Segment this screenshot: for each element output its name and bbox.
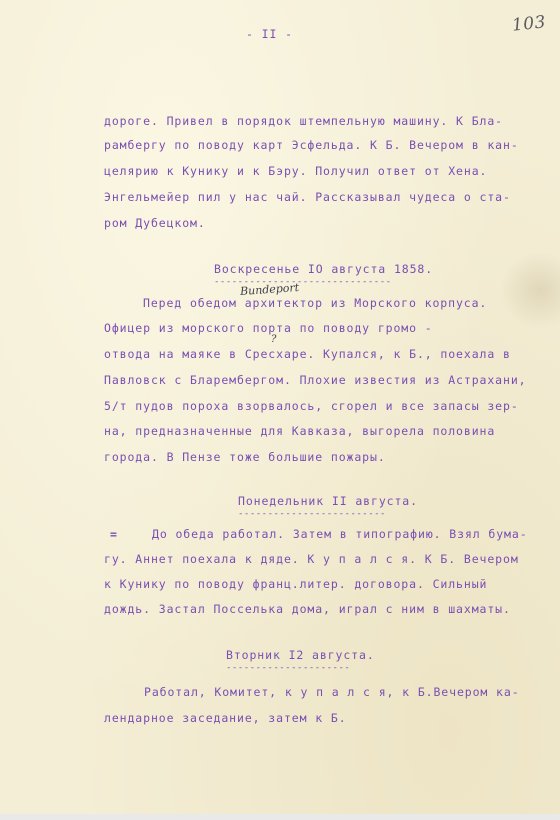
text-line: ром Дубецком. [104, 216, 206, 230]
heading-underline: ------------------------- [238, 510, 386, 518]
text-line: целярию к Кунику и к Бэру. Получил ответ… [104, 164, 487, 178]
heading-text: Понедельник II августа. [238, 494, 418, 508]
text-line: До обеда работал. Затем в типографию. Вз… [152, 527, 528, 541]
page-number: - II - [246, 27, 293, 41]
text-line: дождь. Застал Посселька дома, играл с ни… [104, 602, 511, 616]
text-line: на, предназначенные для Кавказа, выгорел… [104, 424, 495, 438]
folio-number: 103 [511, 12, 547, 35]
text-line: Энгельмейер пил у нас чай. Рассказывал ч… [104, 190, 511, 204]
text-line: гу. Аннет поехала к дяде. К у п а л с я.… [104, 552, 519, 566]
text-line: рамбергу по поводу карт Эсфельда. К Б. В… [104, 138, 519, 152]
text-line: города. В Пензе тоже большие пожары. [104, 450, 386, 464]
heading-underline: --------------------- [226, 664, 350, 672]
text-line: к Кунику по поводу франц.литер. договора… [104, 577, 487, 591]
text-line: отвода на маяке в Сресхаре. Купался, к Б… [104, 347, 511, 361]
text-line: Офицер из морского порта по поводу громо… [104, 321, 433, 335]
text-line: Работал, Комитет, к у п а л с я, к Б.Веч… [144, 685, 520, 699]
query-mark: ? [271, 334, 276, 345]
text-line: Перед обедом архитектор из Морского корп… [143, 296, 487, 310]
text-line: дороге. Привел в порядок штемпельную маш… [104, 114, 503, 128]
text-line: 5/т пудов пороха взорвалось, сгорел и вс… [104, 399, 519, 413]
text-line: Павловск с Бларембергом. Плохие известия… [104, 373, 526, 387]
scan-edge [0, 814, 560, 820]
heading-text: Вторник I2 августа. [226, 648, 375, 662]
document-page: 103 - II - дороге. Привел в порядок штем… [0, 0, 560, 814]
text-line: лендарное заседание, затем к Б. [104, 711, 347, 725]
heading-text: Воскресенье IO августа 1858. [214, 262, 433, 276]
margin-mark: = [110, 527, 118, 541]
